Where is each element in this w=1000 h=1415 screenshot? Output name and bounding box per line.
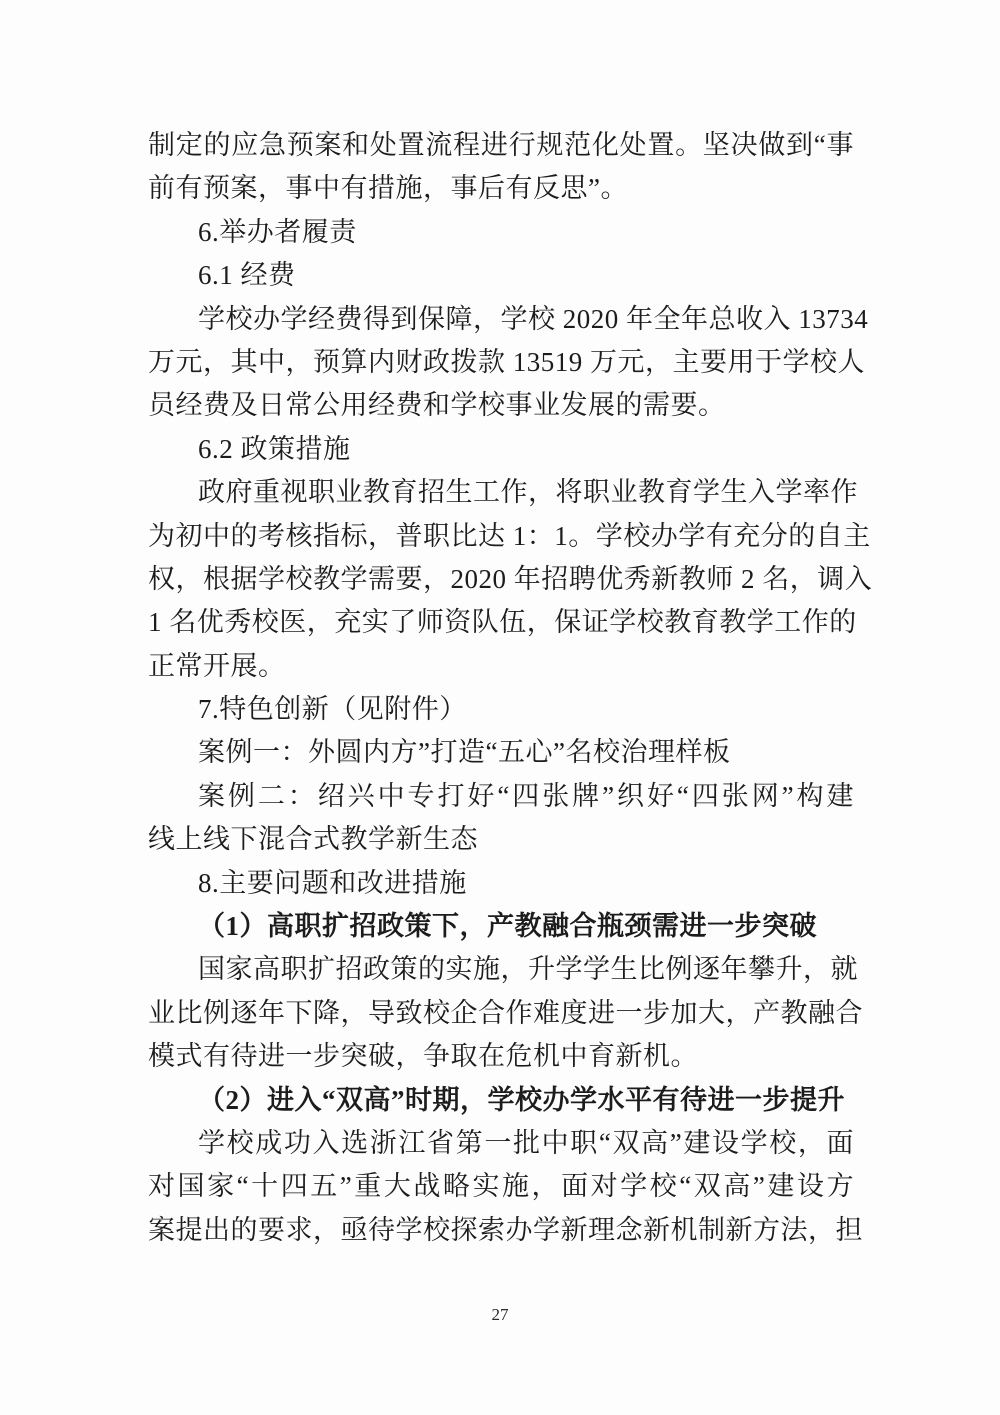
heading-6-1: 6.1 经费 — [148, 254, 854, 297]
heading-7: 7.特色创新（见附件） — [148, 688, 854, 731]
body-line: 前有预案，事中有措施，事后有反思”。 — [148, 167, 854, 210]
body-line: 万元，其中，预算内财政拨款 13519 万元，主要用于学校人 — [148, 341, 854, 384]
body-line: 政府重视职业教育招生工作，将职业教育学生入学率作 — [148, 471, 854, 514]
body-line: 国家高职扩招政策的实施，升学学生比例逐年攀升，就 — [148, 948, 854, 991]
heading-6-2: 6.2 政策措施 — [148, 428, 854, 471]
body-line: 正常开展。 — [148, 645, 854, 688]
body-line: 为初中的考核指标，普职比达 1：1。学校办学有充分的自主 — [148, 515, 854, 558]
heading-6: 6.举办者履责 — [148, 211, 854, 254]
heading-8: 8.主要问题和改进措施 — [148, 862, 854, 905]
body-line: 制定的应急预案和处置流程进行规范化处置。坚决做到“事 — [148, 124, 854, 167]
body-line: 学校成功入选浙江省第一批中职“双高”建设学校，面 — [148, 1122, 854, 1165]
body-line: 1 名优秀校医，充实了师资队伍，保证学校教育教学工作的 — [148, 601, 854, 644]
body-line: 业比例逐年下降，导致校企合作难度进一步加大，产教融合 — [148, 992, 854, 1035]
body-line: 学校办学经费得到保障，学校 2020 年全年总收入 13734 — [148, 298, 854, 341]
case-2-line: 线上线下混合式教学新生态 — [148, 818, 854, 861]
body-line: 权，根据学校教学需要，2020 年招聘优秀新教师 2 名，调入 — [148, 558, 854, 601]
body-line: 案提出的要求，亟待学校探索办学新理念新机制新方法，担 — [148, 1209, 854, 1252]
subheading-1: （1）高职扩招政策下，产教融合瓶颈需进一步突破 — [148, 905, 854, 948]
body-line: 对国家“十四五”重大战略实施，面对学校“双高”建设方 — [148, 1165, 854, 1208]
document-page: 制定的应急预案和处置流程进行规范化处置。坚决做到“事 前有预案，事中有措施，事后… — [0, 0, 1000, 1415]
body-line: 模式有待进一步突破，争取在危机中育新机。 — [148, 1035, 854, 1078]
case-2-line: 案例二：绍兴中专打好“四张牌”织好“四张网”构建 — [148, 775, 854, 818]
case-1-line: 案例一：外圆内方”打造“五心”名校治理样板 — [148, 731, 854, 774]
body-line: 员经费及日常公用经费和学校事业发展的需要。 — [148, 384, 854, 427]
subheading-2: （2）进入“双高”时期，学校办学水平有待进一步提升 — [148, 1079, 854, 1122]
document-text-block: 制定的应急预案和处置流程进行规范化处置。坚决做到“事 前有预案，事中有措施，事后… — [148, 124, 854, 1252]
page-number: 27 — [0, 1303, 1000, 1327]
